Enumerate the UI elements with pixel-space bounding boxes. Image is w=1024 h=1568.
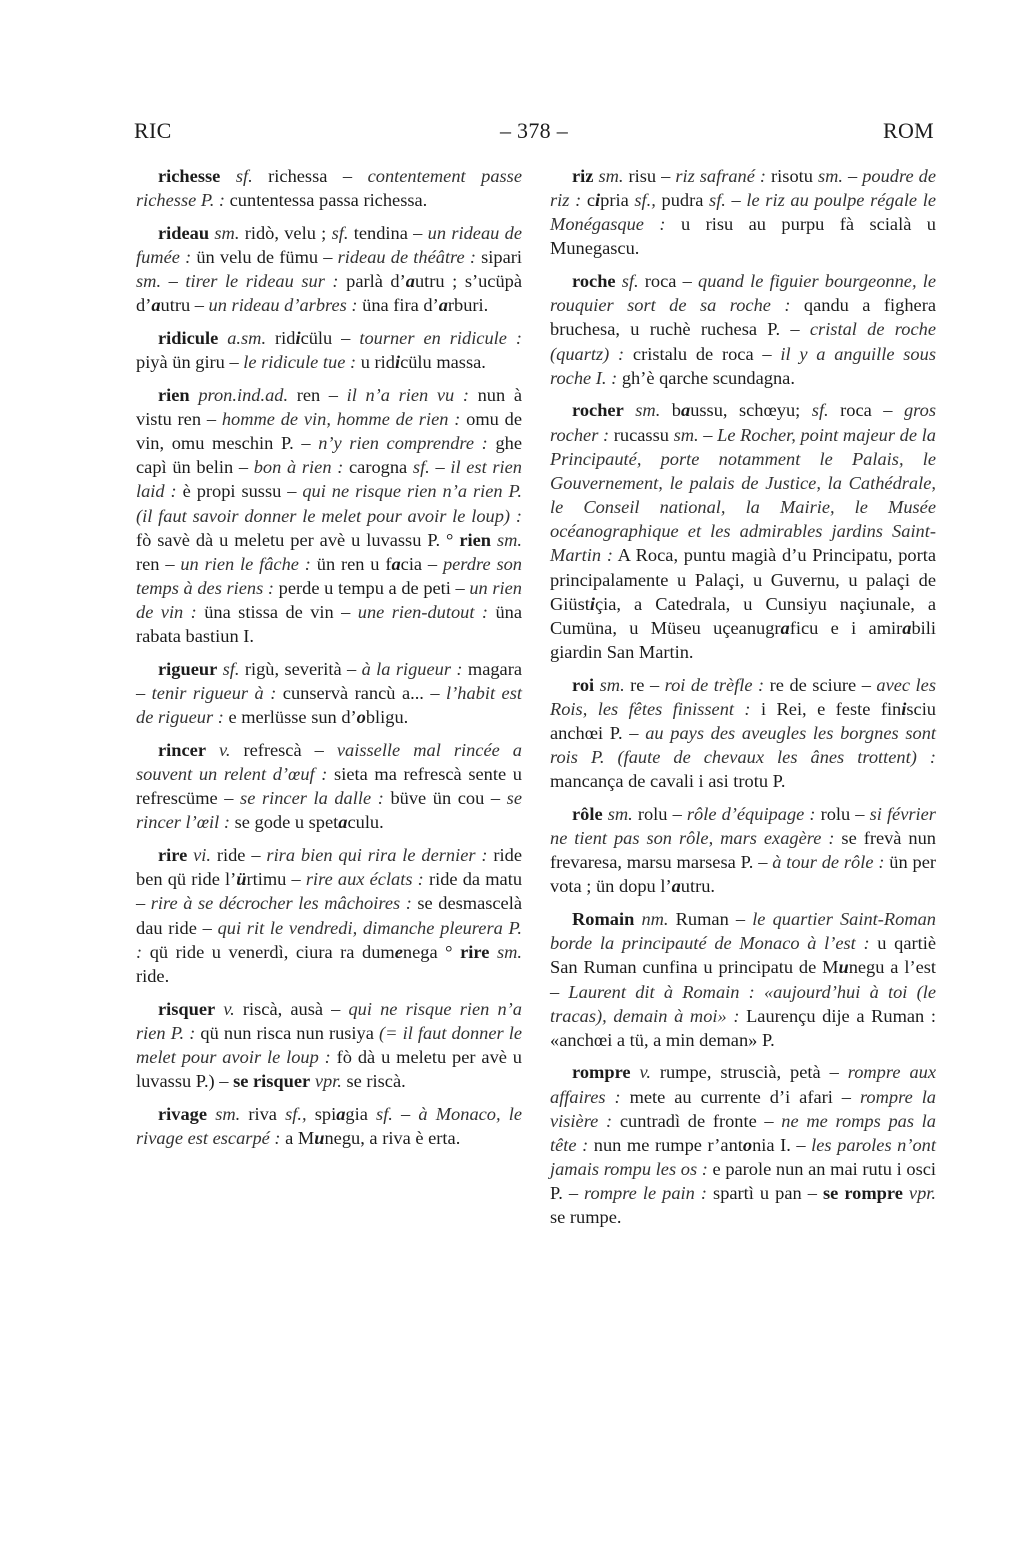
dictionary-entry-rivage: rivage sm. riva sf., spiagia sf. – à Mon… [136, 1102, 522, 1150]
translation-text: spi [307, 1104, 337, 1124]
translation-text [218, 328, 227, 348]
translation-text [489, 942, 497, 962]
french-phrase: homme de vin, hom­me de rien : [222, 409, 461, 429]
translation-text: re – [625, 675, 665, 695]
translation-text: e merlüsse sun d’ [224, 707, 357, 727]
translation-text: ussu, schœyu; [690, 400, 812, 420]
headword: roi [572, 675, 594, 695]
translation-text: se riscà. [342, 1071, 406, 1091]
translation-text: rolu – [633, 804, 687, 824]
french-phrase: rira bien qui rira le der­nier : [266, 845, 487, 865]
french-phrase: tirer le rideau sur : [185, 271, 338, 291]
translation-text: ride. [136, 966, 169, 986]
french-phrase: sf. [236, 166, 253, 186]
translation-text: ün ren u f [311, 554, 392, 574]
french-phrase: sm. [598, 166, 623, 186]
french-phrase: sf. [332, 223, 349, 243]
translation-text: rigù, severità – [240, 659, 362, 679]
french-phrase: vpr. [315, 1071, 342, 1091]
headword: rigueur [158, 659, 217, 679]
french-phrase: un rien le fâche : [180, 554, 311, 574]
translation-text: a [672, 876, 681, 896]
translation-text: sipari [476, 247, 522, 267]
translation-text: riscà, ausà – [235, 999, 349, 1019]
french-phrase: v. [223, 999, 234, 1019]
french-phrase: rompre le pain : [584, 1183, 707, 1203]
translation-text: gh’è qarche scundagna. [617, 368, 795, 388]
right-column: riz sm. risu – riz safrané : risotu sm. … [550, 164, 936, 1238]
translation-text: a [681, 400, 690, 420]
subheadword: rien [459, 530, 491, 550]
translation-text: qü nun risca nun rusiya [195, 1023, 379, 1043]
dictionary-entry-rire: rire vi. ride – rira bien qui rira le de… [136, 843, 522, 988]
dictionary-entry-risquer: risquer v. riscà, ausà – qui ne risque r… [136, 997, 522, 1094]
headword: richesse [158, 166, 220, 186]
french-phrase: sm. [215, 1104, 240, 1124]
translation-text: mete au currente d’i afari – [621, 1087, 860, 1107]
page-number: – 378 – [134, 118, 934, 144]
translation-text: – [430, 457, 451, 477]
translation-text: a M [281, 1128, 315, 1148]
translation-text: se gode u spet [230, 812, 338, 832]
translation-text: u rid [356, 352, 395, 372]
translation-text: carogna [343, 457, 413, 477]
subheadword: rire [460, 942, 489, 962]
french-phrase: sf. [812, 400, 829, 420]
translation-text: cülu massa. [400, 352, 486, 372]
dictionary-entry-rincer: rincer v. refrescà – vaisselle mal rin­c… [136, 738, 522, 835]
french-phrase: sf., [285, 1104, 306, 1124]
dictionary-entry-richesse: richesse sf. richessa – contentement pas… [136, 164, 522, 212]
french-phrase: un rideau d’arbres : [209, 295, 358, 315]
translation-text: pria [600, 190, 634, 210]
translation-text: utru. [681, 876, 715, 896]
french-phrase: sm. [635, 400, 660, 420]
translation-text: riva [240, 1104, 285, 1124]
french-phrase: sf. [223, 659, 240, 679]
dictionary-entry-roche: roche sf. roca – quand le figuier bour­g… [550, 269, 936, 390]
translation-text: cia – [401, 554, 443, 574]
french-phrase: bon à rien : [254, 457, 344, 477]
french-phrase: sf. [376, 1104, 393, 1124]
french-phrase: pron.ind.ad. [198, 385, 288, 405]
translation-text: pudra [656, 190, 709, 210]
left-column: richesse sf. richessa – contentement pas… [136, 164, 522, 1158]
translation-text: cristalu de roca – [624, 344, 780, 364]
translation-text: rtimu – [246, 869, 305, 889]
translation-text [220, 166, 236, 186]
french-phrase: sm. [600, 675, 625, 695]
translation-text: gia [345, 1104, 376, 1124]
subheadword: se rompre [823, 1183, 903, 1203]
french-phrase: sm. [674, 425, 699, 445]
headword: rompre [572, 1062, 631, 1082]
french-phrase: sf. [413, 457, 430, 477]
translation-text: a [439, 295, 448, 315]
translation-text: – [161, 271, 185, 291]
dictionary-entry-rigueur: rigueur sf. rigù, severità – à la ri­gue… [136, 657, 522, 729]
headword: rivage [158, 1104, 207, 1124]
translation-text: o [357, 707, 366, 727]
french-phrase: le ridicule tue : [243, 352, 356, 372]
translation-text: cuntradì de fronte – [612, 1111, 781, 1131]
headword: ridicule [158, 328, 218, 348]
french-phrase: se rincer la dalle : [240, 788, 384, 808]
page-header: RIC – 378 – ROM [134, 118, 934, 148]
headword: risquer [158, 999, 215, 1019]
translation-text: ride – [211, 845, 266, 865]
french-phrase: vpr. [909, 1183, 936, 1203]
translation-text: se rumpe. [550, 1207, 622, 1227]
headword: roche [572, 271, 616, 291]
french-phrase: à tour de rôle : [772, 852, 884, 872]
french-phrase: tourner en ridicule : [359, 328, 522, 348]
translation-text: o [743, 1135, 752, 1155]
translation-text: ridò, velu ; [239, 223, 331, 243]
translation-text: a [391, 554, 400, 574]
translation-text: Ruman – [669, 909, 753, 929]
translation-text: roca – [639, 271, 698, 291]
translation-text: rucassu [609, 425, 673, 445]
dictionary-entry-ridicule: ridicule a.sm. ridicülu – tourner en rid… [136, 326, 522, 374]
translation-text [206, 740, 219, 760]
dictionary-entry-rôle: rôle sm. rolu – rôle d’équipage : rolu –… [550, 802, 936, 899]
translation-text: rburi. [448, 295, 488, 315]
translation-text: ü [236, 869, 246, 889]
french-phrase: tenir rigueur à : [152, 683, 277, 703]
dictionary-entry-riz: riz sm. risu – riz safrané : risotu sm. … [550, 164, 936, 261]
french-phrase: v. [219, 740, 230, 760]
french-phrase: roi de trèfle : [665, 675, 765, 695]
french-phrase: a.sm. [227, 328, 266, 348]
translation-text [624, 400, 636, 420]
translation-text: u [314, 1128, 324, 1148]
french-phrase: v. [640, 1062, 651, 1082]
translation-text: üna stissa de vin – [197, 602, 358, 622]
translation-text: b [660, 400, 681, 420]
translation-text: nia I. – [752, 1135, 811, 1155]
dictionary-entry-rompre: rompre v. rumpe, struscià, petà – rompre… [550, 1060, 936, 1229]
dictionary-entry-rocher: rocher sm. baussu, schœyu; sf. roca – gr… [550, 398, 936, 664]
headword: rincer [158, 740, 206, 760]
french-phrase: n’y rien comprendre : [318, 433, 488, 453]
french-phrase: sm. [608, 804, 633, 824]
french-phrase: sm. [497, 942, 522, 962]
dictionary-entry-romain: Romain nm. Ruman – le quartier Saint-Rom… [550, 907, 936, 1052]
translation-text: ün velu de fümu – [191, 247, 337, 267]
french-phrase: rire à se décrocher les mâchoires : [151, 893, 412, 913]
french-phrase: vi. [193, 845, 211, 865]
french-phrase: il n’a rien vu : [347, 385, 469, 405]
french-phrase: sm. [818, 166, 843, 186]
headword: Romain [572, 909, 634, 929]
translation-text: e [395, 942, 403, 962]
translation-text: refrescà – [230, 740, 336, 760]
translation-text: üna fira d’ [358, 295, 439, 315]
translation-text: parlà d’ [339, 271, 406, 291]
french-phrase: sm. [214, 223, 239, 243]
french-phrase: à la ri­gueur : [362, 659, 463, 679]
translation-text: ren – [288, 385, 347, 405]
french-phrase: sm. [136, 271, 161, 291]
translation-text: è propi sussu – [177, 481, 303, 501]
headword: rien [158, 385, 190, 405]
translation-text: – [843, 166, 862, 186]
translation-text: bligu. [366, 707, 408, 727]
translation-text: ficu e i amir [790, 618, 903, 638]
translation-text: rumpe, struscià, petà – [651, 1062, 848, 1082]
dictionary-entry-rien: rien pron.ind.ad. ren – il n’a rien vu :… [136, 383, 522, 649]
translation-text: c [581, 190, 595, 210]
translation-text: büve ün cou – [384, 788, 507, 808]
translation-text: ne­gu, a riva è erta. [324, 1128, 460, 1148]
translation-text [631, 1062, 640, 1082]
translation-text: u [838, 957, 848, 977]
translation-text: risu – [624, 166, 676, 186]
translation-text: cun­servà rancù a... – [276, 683, 446, 703]
french-phrase: une rien-du­tout : [358, 602, 488, 622]
translation-text: a [151, 295, 160, 315]
translation-text [207, 1104, 215, 1124]
translation-text: perde u tempu a de peti – [274, 578, 469, 598]
french-phrase: ri­deau de théâtre : [338, 247, 476, 267]
translation-text: re de sciure – [764, 675, 876, 695]
headword: rôle [572, 804, 603, 824]
french-phrase: sf. [709, 190, 726, 210]
french-phrase: rire aux éclats : [306, 869, 424, 889]
translation-text: cülu – [301, 328, 360, 348]
translation-text: rid [266, 328, 295, 348]
translation-text: cuntentessa passa ri­chessa. [225, 190, 427, 210]
french-phrase: nm. [641, 909, 668, 929]
french-phrase: riz safrané : [675, 166, 766, 186]
translation-text: piyà ün giru – [136, 352, 243, 372]
subheadword: se risquer [233, 1071, 310, 1091]
dictionary-entry-rideau: rideau sm. ridò, velu ; sf. tendina – un… [136, 221, 522, 318]
french-phrase: sf., [634, 190, 655, 210]
translation-text: a [781, 618, 790, 638]
headword: riz [572, 166, 593, 186]
translation-text: mancança de cavali i asi trotu P. [550, 771, 785, 791]
french-phrase: sf. [622, 271, 639, 291]
translation-text: culu. [347, 812, 383, 832]
translation-text: rolu – [816, 804, 870, 824]
translation-text: utru – [161, 295, 209, 315]
translation-text: nun me rumpe r’ant [588, 1135, 743, 1155]
translation-text: – [726, 190, 746, 210]
headword: rocher [572, 400, 624, 420]
translation-text: – [393, 1104, 418, 1124]
dictionary-entry-roi: roi sm. re – roi de trèfle : re de sciur… [550, 673, 936, 794]
translation-text: qü ride u venerdì, ciura ra dum [142, 942, 395, 962]
french-phrase: rôle d’équipage : [687, 804, 816, 824]
translation-text: tendina – [348, 223, 427, 243]
headword: rire [158, 845, 187, 865]
translation-text: i Rei, e feste fin [751, 699, 902, 719]
french-phrase: sm. [497, 530, 522, 550]
translation-text: fò savè dà u meletu per avè u luvassu P.… [136, 530, 459, 550]
translation-text: – [699, 425, 718, 445]
right-guideword: ROM [883, 118, 934, 144]
translation-text: richessa – [253, 166, 368, 186]
translation-text: risotu [766, 166, 818, 186]
translation-text: nega ° [403, 942, 460, 962]
translation-text: spartì u pan – [707, 1183, 823, 1203]
headword: rideau [158, 223, 209, 243]
translation-text: ren – [136, 554, 180, 574]
translation-text: roca – [829, 400, 904, 420]
translation-text: a [406, 271, 415, 291]
